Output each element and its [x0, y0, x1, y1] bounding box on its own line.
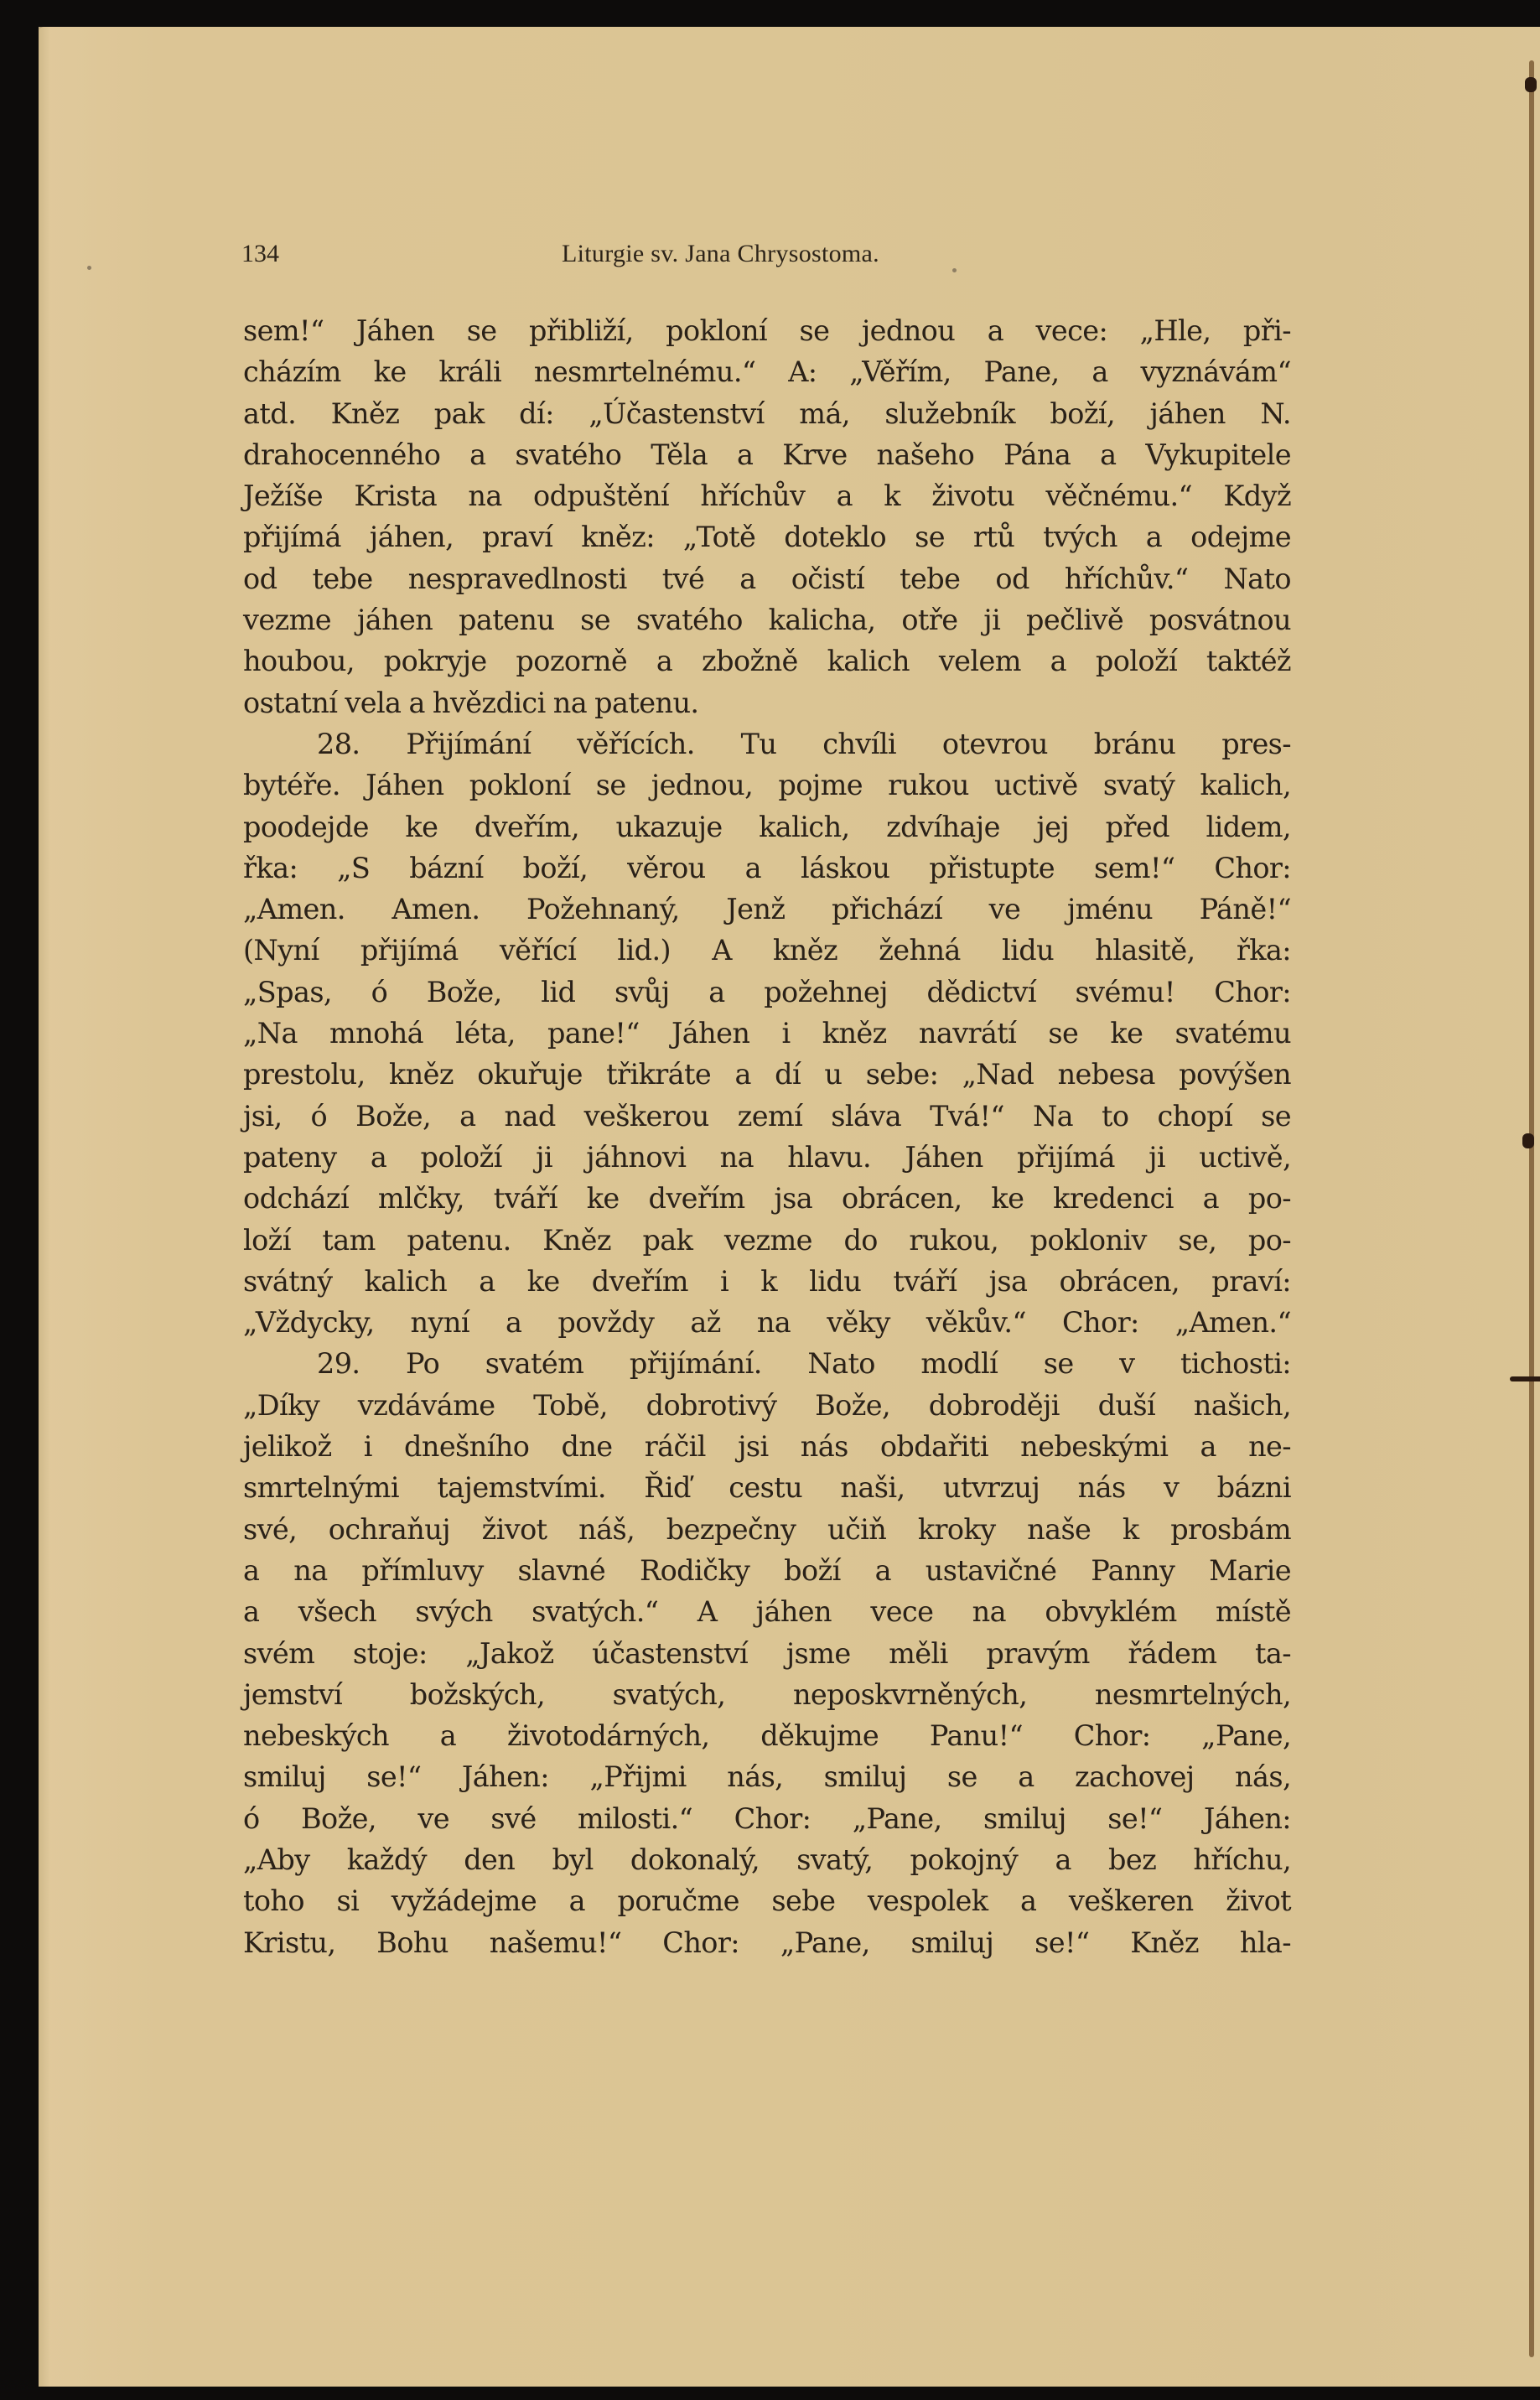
text-line: „Díky vzdáváme Tobě, dobrotivý Bože, dob…	[243, 1385, 1291, 1426]
text-line: sem!“ Jáhen se přibliží, pokloní se jedn…	[243, 310, 1291, 351]
page-number: 134	[241, 240, 279, 268]
text-line: Ježíše Krista na odpuštění hříchův a k ž…	[243, 475, 1291, 516]
text-line: své, ochraňuj život náš, bezpečny učiň k…	[243, 1509, 1291, 1550]
text-line: „Aby každý den byl dokonalý, svatý, poko…	[243, 1839, 1291, 1880]
text-line: bytéře. Jáhen pokloní se jednou, pojme r…	[243, 765, 1291, 806]
page-edge-shadow	[39, 27, 50, 2387]
section-heading-line: 28. Přijímání věřících. Tu chvíli otevro…	[243, 723, 1291, 765]
text-line: svém stoje: „Jakož účastenství jsme měli…	[243, 1633, 1291, 1674]
text-line: atd. Kněz pak dí: „Účastenství má, služe…	[243, 393, 1291, 434]
running-title: Liturgie sv. Jana Chrysostoma.	[562, 240, 879, 268]
text-line: ó Bože, ve své milosti.“ Chor: „Pane, sm…	[243, 1798, 1291, 1839]
body-text: sem!“ Jáhen se přibliží, pokloní se jedn…	[243, 310, 1291, 1963]
text-line: „Amen. Amen. Požehnaný, Jenž přichází ve…	[243, 889, 1291, 930]
text-line: prestolu, kněz okuřuje třikráte a dí u s…	[243, 1054, 1291, 1095]
text-line: nebeských a životodárných, děkujme Panu!…	[243, 1715, 1291, 1756]
text-line: od tebe nespravedlnosti tvé a očistí teb…	[243, 558, 1291, 599]
text-line: Kristu, Bohu našemu!“ Chor: „Pane, smilu…	[243, 1922, 1291, 1963]
text-line: toho si vyžádejme a poručme sebe vespole…	[243, 1880, 1291, 1921]
text-line: smiluj se!“ Jáhen: „Přijmi nás, smiluj s…	[243, 1756, 1291, 1797]
text-line: pateny a položí ji jáhnovi na hlavu. Jáh…	[243, 1137, 1291, 1178]
text-line: „Na mnohá léta, pane!“ Jáhen i kněz navr…	[243, 1013, 1291, 1054]
text-line: smrtelnými tajemstvími. Řiď cestu naši, …	[243, 1467, 1291, 1508]
text-line: řka: „S bázní boží, věrou a láskou přist…	[243, 848, 1291, 889]
text-line: loží tam patenu. Kněz pak vezme do rukou…	[243, 1220, 1291, 1261]
text-line: ostatní vela a hvězdici na patenu.	[243, 682, 1291, 723]
running-head: 134 Liturgie sv. Jana Chrysostoma.	[241, 240, 1289, 273]
text-line: „Spas, ó Bože, lid svůj a požehnej dědic…	[243, 972, 1291, 1013]
text-line: poodejde ke dveřím, ukazuje kalich, zdví…	[243, 806, 1291, 848]
text-line: houbou, pokryje pozorně a zbožně kalich …	[243, 640, 1291, 682]
text-line: svátný kalich a ke dveřím i k lidu tváří…	[243, 1261, 1291, 1302]
text-line: jemství božských, svatých, neposkvrněnýc…	[243, 1674, 1291, 1715]
section-heading-line: 29. Po svatém přijímání. Nato modlí se v…	[243, 1343, 1291, 1384]
text-line: (Nyní přijímá věřící lid.) A kněz žehná …	[243, 930, 1291, 971]
binding-mark	[1510, 1376, 1540, 1381]
binding-mark	[1525, 77, 1537, 92]
text-line: „Vždycky, nyní a povždy až na věky věkův…	[243, 1302, 1291, 1343]
text-line: vezme jáhen patenu se svatého kalicha, o…	[243, 599, 1291, 640]
text-line: přijímá jáhen, praví kněz: „Totě doteklo…	[243, 516, 1291, 557]
binding-gutter-line	[1529, 60, 1534, 2357]
binding-mark	[1522, 1133, 1534, 1148]
text-line: a všech svých svatých.“ A jáhen vece na …	[243, 1591, 1291, 1632]
paper-speck	[87, 266, 91, 270]
text-line: cházím ke králi nesmrtelnému.“ A: „Věřím…	[243, 351, 1291, 392]
text-line: odchází mlčky, tváří ke dveřím jsa obrác…	[243, 1178, 1291, 1219]
text-line: a na přímluvy slavné Rodičky boží a usta…	[243, 1550, 1291, 1591]
text-line: jsi, ó Bože, a nad veškerou zemí sláva T…	[243, 1096, 1291, 1137]
text-line: jelikož i dnešního dne ráčil jsi nás obd…	[243, 1426, 1291, 1467]
text-line: drahocenného a svatého Těla a Krve našeh…	[243, 434, 1291, 475]
book-page: 134 Liturgie sv. Jana Chrysostoma. sem!“…	[39, 27, 1540, 2387]
